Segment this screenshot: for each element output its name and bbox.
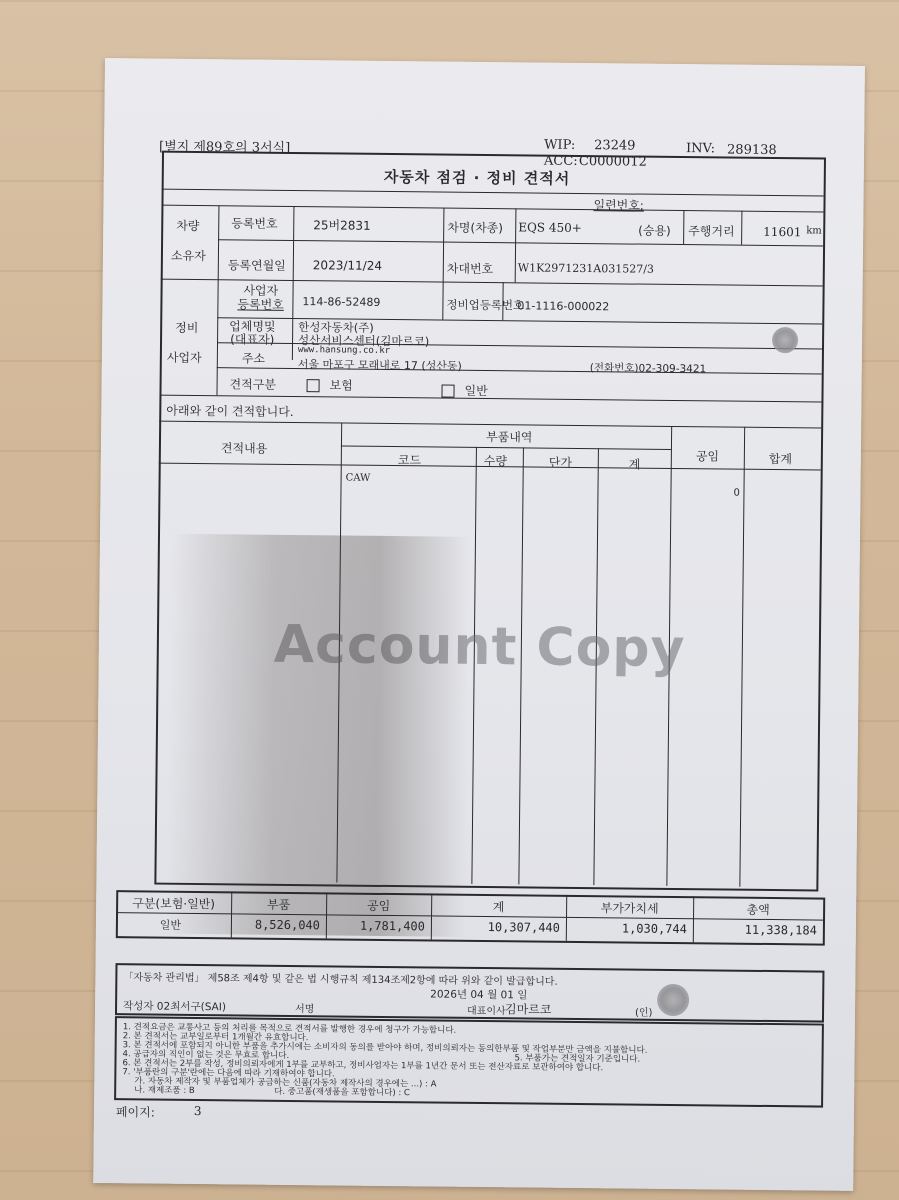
service-section-label-2: 사업자 — [167, 349, 202, 366]
reg-no-value: 25버2831 — [313, 216, 371, 234]
header-subtotal: 계 — [629, 456, 641, 473]
vin-label: 차대번호 — [447, 260, 494, 277]
document-title: 자동차 점검 · 정비 견적서 — [384, 166, 571, 189]
header-total: 합계 — [769, 450, 792, 467]
mileage-label: 주행거리 — [688, 222, 735, 239]
seal-label: (인) — [635, 1004, 653, 1019]
header-code: 코드 — [398, 451, 421, 468]
ceo-seal-stamp — [657, 984, 689, 1016]
inv-label: INV: — [686, 141, 715, 156]
option-insurance[interactable]: 보험 — [307, 376, 353, 393]
repair-reg-value: 01-1116-000022 — [517, 299, 609, 313]
company-label: 업체명및 (대표자) — [229, 320, 276, 346]
mileage-value: 11601 — [763, 225, 801, 239]
option-general[interactable]: 일반 — [441, 382, 487, 399]
page-label: 페이지: — [116, 1103, 155, 1120]
reg-date-value: 2023/11/24 — [313, 258, 382, 273]
notes-list: 1. 견적요금은 교통사고 등의 처리를 목적으로 견적서를 발행한 경우에 청… — [105, 58, 865, 66]
biz-no-label: 사업자 등록번호 — [237, 283, 284, 311]
estimate-intro: 아래와 같이 견적합니다. — [166, 402, 294, 420]
note-item: 나. 재제조품 : B — [134, 1083, 195, 1096]
header-qty: 수량 — [484, 452, 507, 469]
summary-header-cell: 계 — [431, 897, 566, 915]
header-unit-price: 단가 — [549, 454, 572, 471]
website-value: www.hansung.co.kr — [298, 345, 390, 356]
general-checkbox[interactable] — [441, 385, 454, 398]
summary-header-cell: 부품 — [231, 895, 326, 913]
reg-date-label: 등록연월일 — [228, 256, 286, 274]
header-parts: 부품내역 — [486, 428, 533, 445]
row-labor: 0 — [733, 488, 739, 499]
writer: 작성자 02최서구(SAI) — [123, 998, 226, 1014]
vin-value: W1K2971231A031527/3 — [518, 261, 654, 275]
summary-value-cell: 1,781,400 — [326, 918, 425, 933]
phone-value: (전화번호)02-309-3421 — [590, 360, 707, 376]
page-number: 3 — [194, 1104, 202, 1118]
header-content: 견적내용 — [221, 439, 268, 456]
car-type-value: (승용) — [638, 222, 671, 239]
row-code: CAW — [346, 473, 371, 484]
summary-header-cell: 구분(보험·일반) — [116, 894, 231, 912]
service-section-label-1: 정비 — [175, 319, 198, 336]
car-name-label: 차명(차종) — [447, 219, 503, 237]
summary-value-cell: 11,338,184 — [693, 922, 817, 937]
summary-header-cell: 부가가치세 — [566, 899, 693, 917]
mileage-unit: km — [806, 225, 822, 236]
company-seal-stamp — [772, 327, 798, 353]
summary-value-cell: 일반 — [116, 916, 225, 933]
summary-value-cell: 8,526,040 — [231, 917, 320, 932]
serial-number-label: 일련번호: — [593, 196, 644, 214]
summary-value-cell: 10,307,440 — [431, 919, 560, 934]
account-copy-watermark: Account Copy — [274, 615, 686, 679]
summary-headers: 구분(보험·일반)부품공임계부가가치세총액 — [105, 58, 865, 66]
summary-values: 일반8,526,0401,781,40010,307,4401,030,7441… — [105, 58, 865, 66]
ceo-label: 대표이사 — [467, 1002, 506, 1017]
repair-reg-label: 정비업등록번호 — [446, 297, 524, 314]
car-name-value: EQS 450+ — [518, 220, 582, 235]
address-label: 주소 — [242, 349, 265, 366]
reg-no-label: 등록번호 — [231, 214, 278, 231]
owner-section-label-1: 차량 — [176, 217, 199, 234]
ceo-name: 김마르코 — [505, 1000, 552, 1017]
note-item: 다. 중고품(재생품을 포함합니다) : C — [274, 1085, 410, 1098]
sign-label: 서명 — [295, 1000, 314, 1015]
estimate-document: [별지 제89호의 3서식] WIP: 23249 INV: 289138 AC… — [93, 58, 865, 1191]
estimate-type-label: 견적구분 — [230, 375, 277, 392]
insurance-checkbox[interactable] — [307, 379, 320, 392]
header-labor: 공임 — [696, 447, 719, 464]
wip-label: WIP: — [544, 138, 575, 153]
owner-section-label-2: 소유자 — [171, 247, 206, 264]
summary-value-cell: 1,030,744 — [566, 921, 687, 936]
wip-number: 23249 — [594, 138, 636, 153]
summary-header-cell: 공임 — [326, 896, 431, 914]
biz-no-value: 114-86-52489 — [302, 295, 380, 309]
address-value: 서울 마포구 모래내로 17 (성산동) — [298, 356, 462, 374]
summary-header-cell: 총액 — [693, 900, 823, 918]
